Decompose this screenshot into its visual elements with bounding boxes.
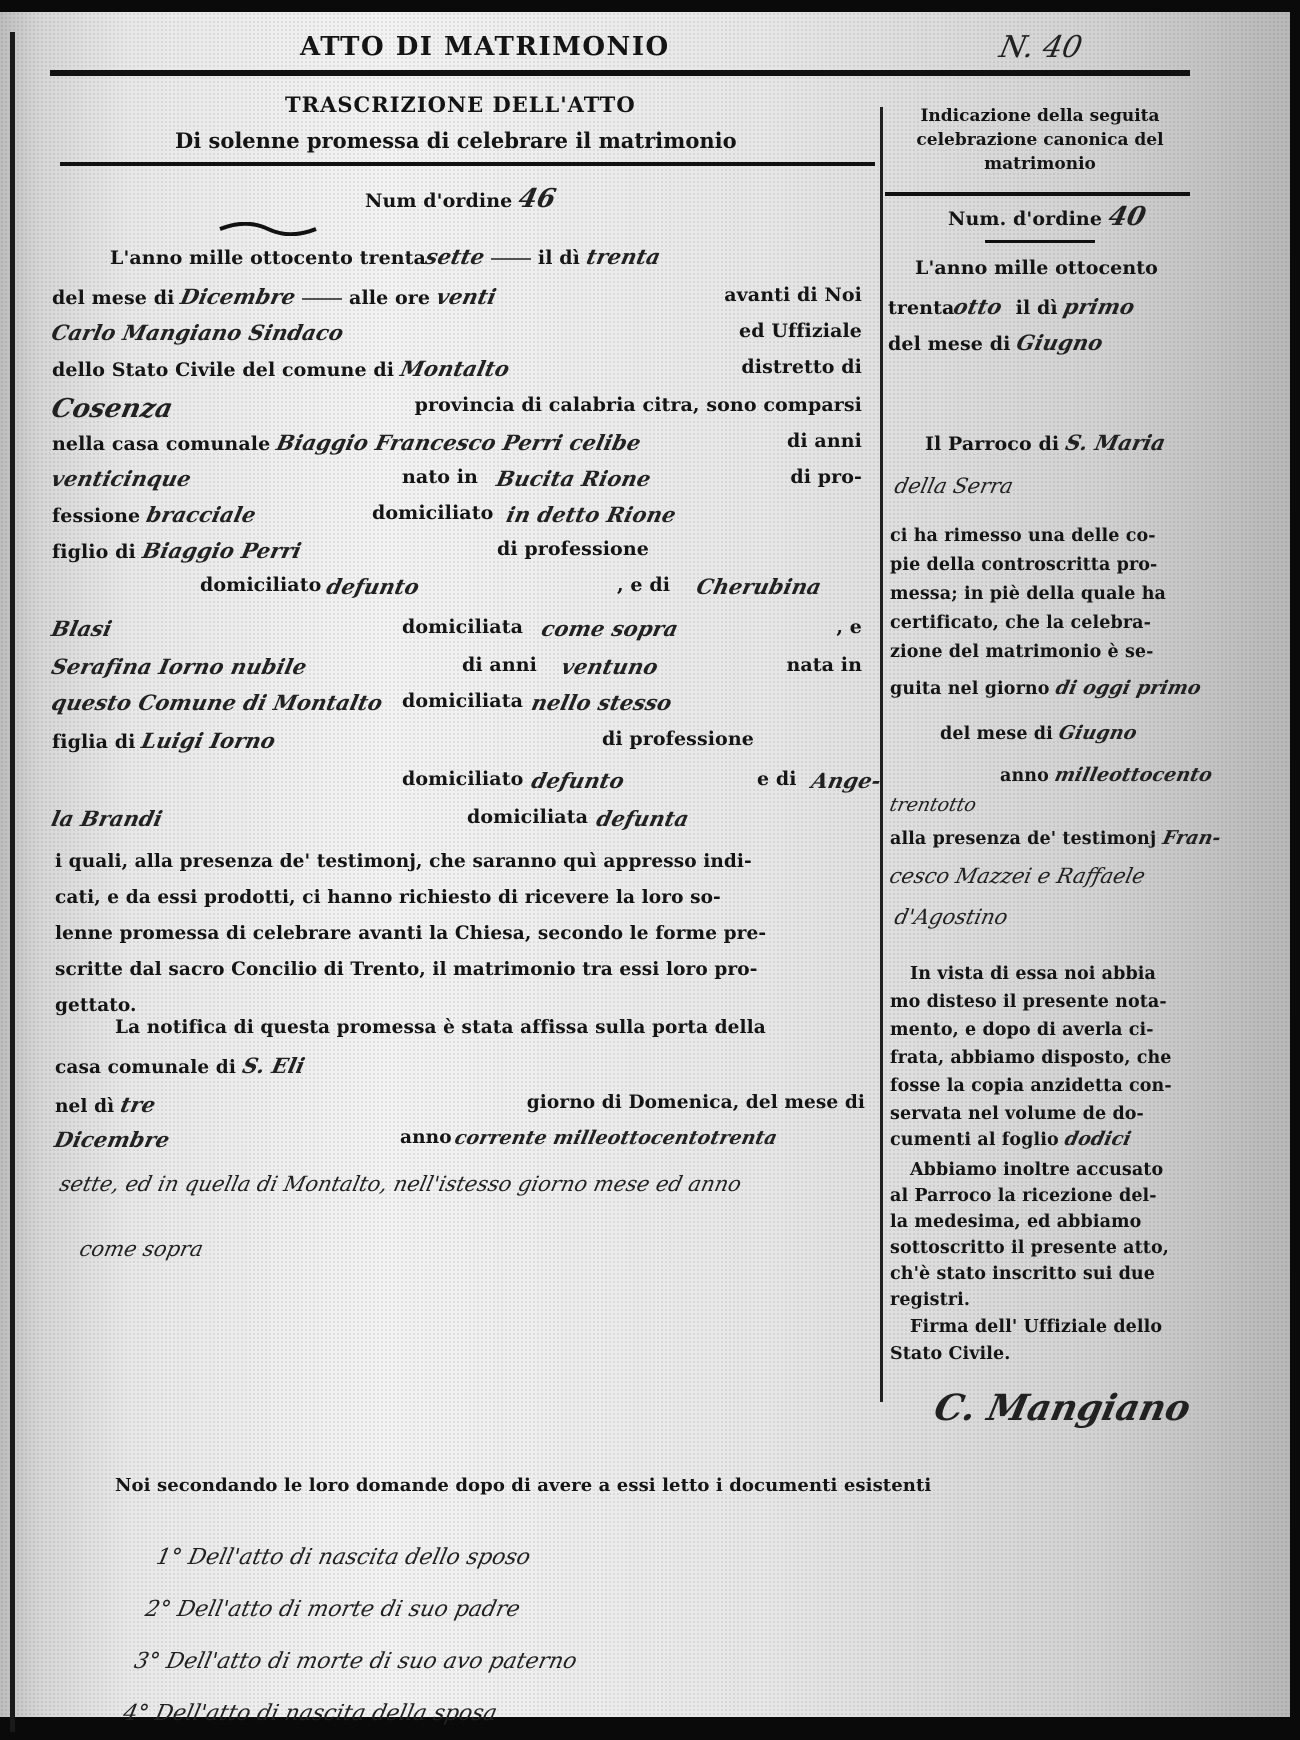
right-heading: Indicazione della seguita celebrazione c… xyxy=(895,104,1185,176)
left-line-1: L'anno mille ottocento trentasette il dì… xyxy=(110,244,660,269)
right-line-3: del mese di Giugno xyxy=(888,330,1103,355)
left-line-13: questo Comune di Montalto domiciliata ne… xyxy=(52,690,862,715)
bottom-intro: Noi secondando le loro domande dopo di a… xyxy=(115,1475,931,1496)
left-line-8: fessione bracciale domiciliato in detto … xyxy=(52,502,862,527)
mese-line: del mese di Giugno xyxy=(940,722,1137,744)
left-line-14: figlia di Luigi Iorno di professione xyxy=(52,728,862,753)
foglio-line: cumenti al foglio dodici xyxy=(890,1128,1131,1150)
left-line-4: dello Stato Civile del comune di Montalt… xyxy=(52,356,862,381)
right-para-2: In vista di essa noi abbia mo disteso il… xyxy=(890,960,1172,1128)
document-item: 2° Dell'atto di morte di suo padre xyxy=(140,1584,593,1636)
firma-line-1: Firma dell' Uffiziale dello xyxy=(910,1317,1162,1337)
parroco-line: Il Parroco di S. Maria xyxy=(925,430,1165,455)
left-heading: TRASCRIZIONE DELL'ATTO xyxy=(285,92,636,117)
right-para-1: ci ha rimesso una delle co- pie della co… xyxy=(890,522,1166,667)
left-line-11: Blasi domiciliata come sopra , e xyxy=(52,616,862,641)
document-item: 4° Dell'atto di nascita della sposa xyxy=(118,1688,571,1717)
anno-line: anno milleottocento xyxy=(1000,764,1212,786)
page-number-mark: N. 40 xyxy=(996,30,1085,65)
notice-line-2: casa comunale di S. Eli xyxy=(55,1053,304,1078)
notice-line-1: La notifica di questa promessa è stata a… xyxy=(115,1017,766,1038)
document-item: 3° Dell'atto di morte di suo avo paterno xyxy=(129,1636,582,1688)
left-border-rule xyxy=(10,32,15,1717)
column-divider xyxy=(880,107,883,1402)
official-signature: C. Mangiano xyxy=(931,1387,1195,1429)
left-heading-rule xyxy=(60,162,875,166)
order-number-value: 46 xyxy=(516,184,559,214)
right-line-1: L'anno mille ottocento xyxy=(915,257,1158,279)
order-number-label: Num d'ordine 46 xyxy=(365,184,555,214)
left-line-12: Serafina Iorno nubile di anni ventuno na… xyxy=(52,654,862,679)
left-line-5: Cosenza provincia di calabria citra, son… xyxy=(52,394,862,424)
right-order-number: Num. d'ordine 40 xyxy=(948,202,1145,232)
body-paragraph: i quali, alla presenza de' testimonj, ch… xyxy=(55,844,766,1024)
document-item: 1° Dell'atto di nascita dello sposo xyxy=(151,1532,604,1584)
notice-line-3: nel dì tre giorno di Domenica, del mese … xyxy=(55,1092,865,1117)
left-line-9: figlio di Biaggio Perri di professione xyxy=(52,538,862,563)
document-title: ATTO DI MATRIMONIO xyxy=(300,32,670,62)
anno-hand-2: trentotto xyxy=(888,794,979,816)
left-line-7: venticinque nato in Bucita Rione di pro- xyxy=(52,466,862,491)
left-line-3: Carlo Mangiano Sindaco ed Uffiziale xyxy=(52,320,862,345)
parroco-hand-2: della Serra xyxy=(892,474,1015,498)
notice-line-4: Dicembre anno corrente milleottocentotre… xyxy=(55,1127,865,1152)
right-para-3: Abbiamo inoltre accusato al Parroco la r… xyxy=(890,1157,1169,1313)
document-page: ATTO DI MATRIMONIO N. 40 TRASCRIZIONE DE… xyxy=(0,12,1290,1717)
testimoni-hand-2: cesco Mazzei e Raffaele xyxy=(887,864,1147,888)
document-list: 1° Dell'atto di nascita dello sposo 2° D… xyxy=(118,1532,604,1717)
right-order-value: 40 xyxy=(1106,202,1149,232)
seguita-line: guita nel giorno di oggi primo xyxy=(890,677,1201,699)
firma-line-2: Stato Civile. xyxy=(890,1344,1010,1364)
left-line-6: nella casa comunale Biaggio Francesco Pe… xyxy=(52,430,862,455)
testimoni-hand-3: d'Agostino xyxy=(892,905,1010,929)
left-subheading: Di solenne promessa di celebrare il matr… xyxy=(175,128,737,153)
right-line-2: trentaotto il dì primo xyxy=(888,294,1135,319)
left-line-16: la Brandi domiciliata defunta xyxy=(52,806,862,831)
right-order-rule xyxy=(985,240,1095,243)
left-line-2: del mese di Dicembre alle ore venti avan… xyxy=(52,284,862,309)
testimoni-line: alla presenza de' testimonj Fran- xyxy=(890,827,1220,849)
notice-line-6: come sopra xyxy=(77,1237,205,1261)
ornament-squiggle-icon xyxy=(218,222,318,236)
header-rule xyxy=(50,70,1190,76)
notice-line-5: sette, ed in quella di Montalto, nell'is… xyxy=(57,1172,743,1196)
right-heading-rule xyxy=(885,192,1190,196)
